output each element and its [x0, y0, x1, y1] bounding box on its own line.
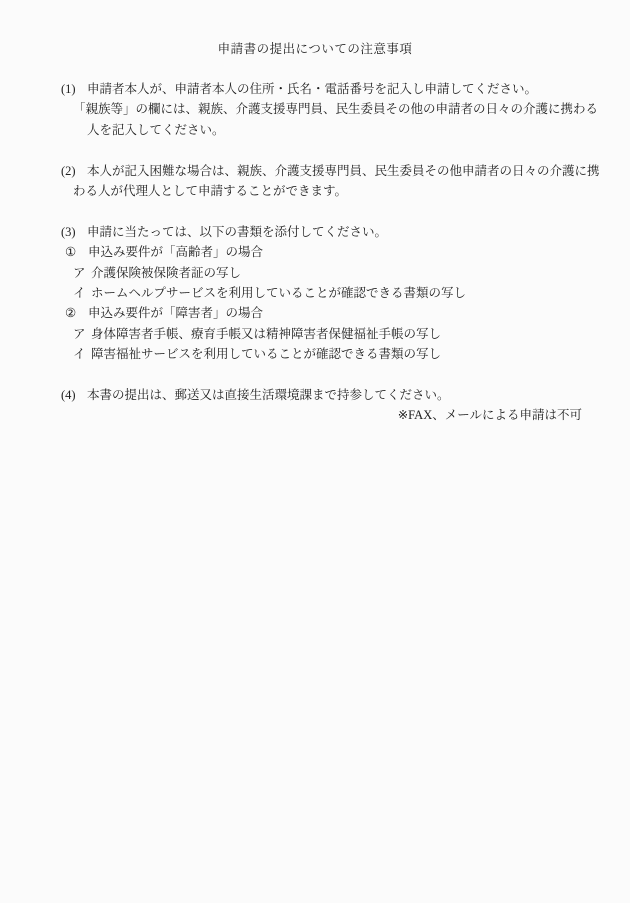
section-2-line-2: わる人が代理人として申請することができます。 — [0, 181, 630, 201]
kana-a-marker: ア — [73, 263, 91, 283]
detail-text: 介護保険被保険者証の写し — [91, 266, 241, 280]
section-3-subitem-1: ①申込み要件が「高齢者」の場合 — [0, 242, 630, 262]
detail-text: 身体障害者手帳、療育手帳又は精神障害者保健福祉手帳の写し — [91, 327, 441, 341]
fax-mail-note: ※FAX、メールによる申請は不可 — [0, 405, 630, 425]
blank-line — [0, 140, 630, 160]
section-3-text: 申請に当たっては、以下の書類を添付してください。 — [87, 225, 387, 239]
section-2-line-1: (2)本人が記入困難な場合は、親族、介護支援専門員、民生委員その他申請者の日々の… — [0, 161, 630, 181]
section-3-subitem-1-detail-a: ア介護保険被保険者証の写し — [0, 263, 630, 283]
section-3-line-1: (3)申請に当たっては、以下の書類を添付してください。 — [0, 222, 630, 242]
section-3-subitem-2: ②申込み要件が「障害者」の場合 — [0, 303, 630, 323]
document-page: 申請書の提出についての注意事項 (1)申請者本人が、申請者本人の住所・氏名・電話… — [0, 0, 630, 903]
section-1-line-3: 人を記入してください。 — [0, 120, 630, 140]
section-4-number: (4) — [61, 385, 87, 405]
section-4-line-1: (4)本書の提出は、郵送又は直接生活環境課まで持参してください。 — [0, 385, 630, 405]
section-3-subitem-2-detail-i: イ障害福祉サービスを利用していることが確認できる書類の写し — [0, 344, 630, 364]
section-2-text: 本人が記入困難な場合は、親族、介護支援専門員、民生委員その他申請者の日々の介護に… — [87, 164, 600, 178]
page-title: 申請書の提出についての注意事項 — [0, 39, 630, 60]
blank-line — [0, 201, 630, 221]
section-1-number: (1) — [61, 79, 87, 99]
kana-a-marker: ア — [73, 324, 91, 344]
document-body: 申請書の提出についての注意事項 (1)申請者本人が、申請者本人の住所・氏名・電話… — [0, 0, 630, 426]
subitem-1-text: 申込み要件が「高齢者」の場合 — [88, 245, 263, 259]
detail-text: ホームヘルプサービスを利用していることが確認できる書類の写し — [91, 286, 466, 300]
subitem-2-text: 申込み要件が「障害者」の場合 — [88, 306, 263, 320]
kana-i-marker: イ — [73, 283, 91, 303]
section-1-line-1: (1)申請者本人が、申請者本人の住所・氏名・電話番号を記入し申請してください。 — [0, 79, 630, 99]
circled-2-marker: ② — [65, 303, 88, 323]
section-3-number: (3) — [61, 222, 87, 242]
section-4-text: 本書の提出は、郵送又は直接生活環境課まで持参してください。 — [87, 388, 450, 402]
section-1-text: 申請者本人が、申請者本人の住所・氏名・電話番号を記入し申請してください。 — [87, 82, 537, 96]
blank-line — [0, 365, 630, 385]
section-2-number: (2) — [61, 161, 87, 181]
kana-i-marker: イ — [73, 344, 91, 364]
section-3-subitem-1-detail-i: イホームヘルプサービスを利用していることが確認できる書類の写し — [0, 283, 630, 303]
detail-text: 障害福祉サービスを利用していることが確認できる書類の写し — [91, 347, 441, 361]
section-1-line-2: 「親族等」の欄には、親族、介護支援専門員、民生委員その他の申請者の日々の介護に携… — [0, 99, 630, 119]
section-3-subitem-2-detail-a: ア身体障害者手帳、療育手帳又は精神障害者保健福祉手帳の写し — [0, 324, 630, 344]
circled-1-marker: ① — [65, 242, 88, 262]
